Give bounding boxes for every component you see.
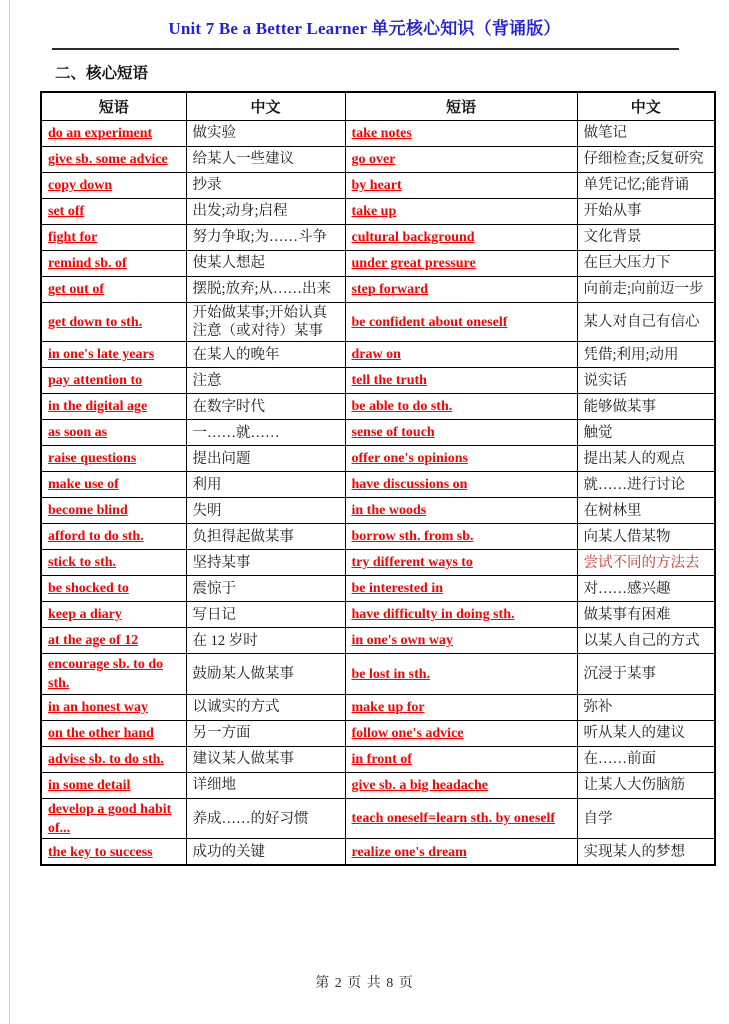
translation-text: 文化背景 — [584, 229, 642, 245]
phrase-cell: try different ways to — [345, 550, 577, 576]
phrase-text: get down to sth. — [48, 315, 142, 330]
translation-text: 摆脱;放弃;从……出来 — [193, 281, 332, 297]
translation-text: 提出问题 — [193, 451, 251, 467]
phrase-text: by heart — [352, 178, 402, 193]
translation-cell: 出发;动身;启程 — [186, 199, 345, 225]
phrase-cell: under great pressure — [345, 251, 577, 277]
phrase-text: draw on — [352, 347, 401, 362]
translation-text: 说实话 — [584, 373, 628, 389]
phrase-text: offer one's opinions — [352, 451, 468, 466]
translation-text: 注意 — [193, 373, 222, 389]
translation-cell: 详细地 — [186, 772, 345, 798]
phrase-text: have difficulty in doing sth. — [352, 607, 515, 622]
table-row: the key to success成功的关键realize one's dre… — [41, 839, 715, 866]
translation-text: 在树林里 — [584, 503, 642, 519]
phrases-table-body: do an experiment做实验take notes做笔记give sb.… — [41, 121, 715, 866]
phrase-text: pay attention to — [48, 373, 142, 388]
translation-cell: 让某人大伤脑筋 — [577, 772, 715, 798]
translation-cell: 弥补 — [577, 694, 715, 720]
translation-cell: 听从某人的建议 — [577, 720, 715, 746]
translation-cell: 提出某人的观点 — [577, 446, 715, 472]
translation-text: 做某事有困难 — [584, 607, 671, 623]
table-row: afford to do sth.负担得起做某事borrow sth. from… — [41, 524, 715, 550]
phrase-text: make up for — [352, 700, 425, 715]
phrase-cell: at the age of 12 — [41, 628, 186, 654]
table-row: fight for努力争取;为……斗争cultural background文化… — [41, 225, 715, 251]
phrase-text: at the age of 12 — [48, 633, 138, 648]
phrase-cell: encourage sb. to do sth. — [41, 654, 186, 695]
table-row: on the other hand另一方面follow one's advice… — [41, 720, 715, 746]
phrase-cell: in some detail — [41, 772, 186, 798]
phrase-cell: set off — [41, 199, 186, 225]
translation-cell: 在 12 岁时 — [186, 628, 345, 654]
translation-text: 以某人自己的方式 — [584, 633, 700, 649]
column-header: 中文 — [186, 92, 345, 121]
phrase-cell: cultural background — [345, 225, 577, 251]
phrase-cell: afford to do sth. — [41, 524, 186, 550]
phrase-cell: in the woods — [345, 498, 577, 524]
phrase-cell: in one's own way — [345, 628, 577, 654]
translation-text: 努力争取;为……斗争 — [193, 229, 328, 245]
translation-cell: 文化背景 — [577, 225, 715, 251]
phrase-text: be able to do sth. — [352, 399, 453, 414]
translation-text: 以诚实的方式 — [193, 699, 280, 715]
phrase-cell: remind sb. of — [41, 251, 186, 277]
phrase-cell: be confident about oneself — [345, 303, 577, 342]
phrase-cell: take notes — [345, 121, 577, 147]
phrase-text: in an honest way — [48, 700, 148, 715]
translation-text: 使某人想起 — [193, 255, 266, 271]
phrase-cell: offer one's opinions — [345, 446, 577, 472]
phrase-text: on the other hand — [48, 726, 154, 741]
table-row: in some detail详细地give sb. a big headache… — [41, 772, 715, 798]
translation-cell: 自学 — [577, 798, 715, 839]
translation-cell: 做笔记 — [577, 121, 715, 147]
translation-cell: 在巨大压力下 — [577, 251, 715, 277]
phrase-cell: by heart — [345, 173, 577, 199]
phrase-cell: draw on — [345, 342, 577, 368]
phrase-cell: give sb. some advice — [41, 147, 186, 173]
translation-cell: 以诚实的方式 — [186, 694, 345, 720]
translation-cell: 负担得起做某事 — [186, 524, 345, 550]
phrase-text: give sb. some advice — [48, 152, 168, 167]
translation-cell: 做某事有困难 — [577, 602, 715, 628]
translation-text: 在 12 岁时 — [193, 633, 258, 649]
phrase-text: in one's late years — [48, 347, 154, 362]
translation-text: 提出某人的观点 — [584, 451, 686, 467]
translation-text: 鼓励某人做某事 — [193, 666, 295, 682]
phrase-text: go over — [352, 152, 396, 167]
translation-text: 尝试不同的方法去 — [584, 555, 700, 571]
phrase-cell: on the other hand — [41, 720, 186, 746]
translation-text: 做笔记 — [584, 125, 628, 141]
translation-cell: 在树林里 — [577, 498, 715, 524]
table-row: at the age of 12在 12 岁时in one's own way以… — [41, 628, 715, 654]
table-row: do an experiment做实验take notes做笔记 — [41, 121, 715, 147]
table-row: pay attention to注意tell the truth说实话 — [41, 368, 715, 394]
phrase-text: tell the truth — [352, 373, 427, 388]
phrase-cell: be shocked to — [41, 576, 186, 602]
translation-cell: 摆脱;放弃;从……出来 — [186, 277, 345, 303]
translation-text: 单凭记忆;能背诵 — [584, 177, 690, 193]
translation-text: 在巨大压力下 — [584, 255, 671, 271]
phrase-cell: as soon as — [41, 420, 186, 446]
phrase-cell: have difficulty in doing sth. — [345, 602, 577, 628]
translation-cell: 给某人一些建议 — [186, 147, 345, 173]
phrase-cell: develop a good habit of... — [41, 798, 186, 839]
translation-cell: 养成……的好习惯 — [186, 798, 345, 839]
phrase-text: get out of — [48, 282, 104, 297]
phrase-text: do an experiment — [48, 126, 152, 141]
phrase-text: under great pressure — [352, 256, 476, 271]
translation-cell: 写日记 — [186, 602, 345, 628]
translation-text: 出发;动身;启程 — [193, 203, 288, 219]
table-row: stick to sth.坚持某事try different ways to尝试… — [41, 550, 715, 576]
translation-cell: 在……前面 — [577, 746, 715, 772]
translation-cell: 震惊于 — [186, 576, 345, 602]
phrase-text: become blind — [48, 503, 128, 518]
table-row: as soon as一……就……sense of touch触觉 — [41, 420, 715, 446]
translation-text: 自学 — [584, 811, 613, 827]
phrase-cell: do an experiment — [41, 121, 186, 147]
phrase-cell: give sb. a big headache — [345, 772, 577, 798]
translation-text: 建议某人做某事 — [193, 751, 295, 767]
table-row: give sb. some advice给某人一些建议go over仔细检查;反… — [41, 147, 715, 173]
phrase-text: realize one's dream — [352, 845, 467, 860]
translation-cell: 另一方面 — [186, 720, 345, 746]
phrase-text: afford to do sth. — [48, 529, 144, 544]
translation-text: 实现某人的梦想 — [584, 844, 686, 860]
phrase-cell: in one's late years — [41, 342, 186, 368]
translation-cell: 仔细检查;反复研究 — [577, 147, 715, 173]
table-row: in the digital age在数字时代be able to do sth… — [41, 394, 715, 420]
table-row: be shocked to震惊于be interested in对……感兴趣 — [41, 576, 715, 602]
translation-text: 向前走;向前迈一步 — [584, 281, 704, 297]
phrase-text: try different ways to — [352, 555, 473, 570]
translation-cell: 开始做某事;开始认真注意（或对待）某事 — [186, 303, 345, 342]
translation-text: 成功的关键 — [193, 844, 266, 860]
translation-cell: 鼓励某人做某事 — [186, 654, 345, 695]
translation-cell: 提出问题 — [186, 446, 345, 472]
phrase-text: copy down — [48, 178, 112, 193]
translation-cell: 触觉 — [577, 420, 715, 446]
table-row: get down to sth.开始做某事;开始认真注意（或对待）某事be co… — [41, 303, 715, 342]
phrase-cell: step forward — [345, 277, 577, 303]
translation-cell: 说实话 — [577, 368, 715, 394]
translation-cell: 凭借;利用;动用 — [577, 342, 715, 368]
table-row: become blind失明in the woods在树林里 — [41, 498, 715, 524]
phrase-cell: get down to sth. — [41, 303, 186, 342]
translation-text: 听从某人的建议 — [584, 725, 686, 741]
table-row: set off出发;动身;启程take up开始从事 — [41, 199, 715, 225]
phrase-cell: in the digital age — [41, 394, 186, 420]
translation-text: 坚持某事 — [193, 555, 251, 571]
column-header: 短语 — [41, 92, 186, 121]
phrase-text: cultural background — [352, 230, 475, 245]
translation-cell: 向某人借某物 — [577, 524, 715, 550]
phrase-text: be confident about oneself — [352, 315, 508, 330]
translation-cell: 能够做某事 — [577, 394, 715, 420]
translation-text: 做实验 — [193, 125, 237, 141]
translation-text: 在某人的晚年 — [193, 347, 280, 363]
translation-cell: 建议某人做某事 — [186, 746, 345, 772]
translation-cell: 一……就…… — [186, 420, 345, 446]
phrase-text: have discussions on — [352, 477, 468, 492]
title-divider — [52, 48, 679, 50]
translation-cell: 沉浸于某事 — [577, 654, 715, 695]
translation-cell: 尝试不同的方法去 — [577, 550, 715, 576]
phrase-cell: fight for — [41, 225, 186, 251]
phrase-text: sense of touch — [352, 425, 435, 440]
translation-cell: 以某人自己的方式 — [577, 628, 715, 654]
phrase-cell: stick to sth. — [41, 550, 186, 576]
translation-text: 抄录 — [193, 177, 222, 193]
phrase-cell: in front of — [345, 746, 577, 772]
translation-text: 能够做某事 — [584, 399, 657, 415]
translation-text: 凭借;利用;动用 — [584, 347, 679, 363]
translation-cell: 使某人想起 — [186, 251, 345, 277]
phrase-cell: pay attention to — [41, 368, 186, 394]
translation-text: 仔细检查;反复研究 — [584, 151, 704, 167]
phrase-text: stick to sth. — [48, 555, 116, 570]
translation-text: 就……进行讨论 — [584, 477, 686, 493]
phrase-text: borrow sth. from sb. — [352, 529, 474, 544]
phrase-cell: sense of touch — [345, 420, 577, 446]
phrase-cell: be able to do sth. — [345, 394, 577, 420]
phrase-cell: borrow sth. from sb. — [345, 524, 577, 550]
translation-text: 某人对自己有信心 — [584, 314, 700, 330]
phrase-text: in the digital age — [48, 399, 147, 414]
phrases-table: 短语中文短语中文 do an experiment做实验take notes做笔… — [40, 91, 716, 866]
table-row: keep a diary写日记have difficulty in doing … — [41, 602, 715, 628]
phrase-cell: keep a diary — [41, 602, 186, 628]
translation-cell: 成功的关键 — [186, 839, 345, 866]
translation-text: 向某人借某物 — [584, 529, 671, 545]
translation-text: 在……前面 — [584, 751, 657, 767]
phrase-cell: realize one's dream — [345, 839, 577, 866]
translation-text: 利用 — [193, 477, 222, 493]
table-row: copy down抄录by heart单凭记忆;能背诵 — [41, 173, 715, 199]
phrase-cell: become blind — [41, 498, 186, 524]
translation-text: 负担得起做某事 — [193, 529, 295, 545]
table-row: in an honest way以诚实的方式make up for弥补 — [41, 694, 715, 720]
phrase-text: advise sb. to do sth. — [48, 752, 164, 767]
phrase-text: make use of — [48, 477, 119, 492]
phrase-text: the key to success — [48, 845, 153, 860]
phrase-text: develop a good habit of... — [48, 802, 171, 836]
table-row: in one's late years在某人的晚年draw on凭借;利用;动用 — [41, 342, 715, 368]
phrase-cell: make use of — [41, 472, 186, 498]
translation-text: 让某人大伤脑筋 — [584, 777, 686, 793]
translation-text: 在数字时代 — [193, 399, 266, 415]
translation-cell: 向前走;向前迈一步 — [577, 277, 715, 303]
phrase-text: keep a diary — [48, 607, 122, 622]
translation-cell: 实现某人的梦想 — [577, 839, 715, 866]
phrase-text: in some detail — [48, 778, 130, 793]
table-row: encourage sb. to do sth.鼓励某人做某事be lost i… — [41, 654, 715, 695]
phrase-text: teach oneself=learn sth. by oneself — [352, 811, 556, 826]
translation-cell: 某人对自己有信心 — [577, 303, 715, 342]
translation-text: 开始从事 — [584, 203, 642, 219]
translation-text: 一……就…… — [193, 425, 280, 441]
translation-cell: 在某人的晚年 — [186, 342, 345, 368]
translation-cell: 失明 — [186, 498, 345, 524]
phrase-cell: get out of — [41, 277, 186, 303]
translation-text: 开始做某事;开始认真注意（或对待）某事 — [193, 305, 328, 339]
translation-text: 对……感兴趣 — [584, 581, 671, 597]
phrase-text: as soon as — [48, 425, 107, 440]
phrase-text: fight for — [48, 230, 97, 245]
phrase-text: give sb. a big headache — [352, 778, 489, 793]
table-row: advise sb. to do sth.建议某人做某事in front of在… — [41, 746, 715, 772]
translation-cell: 注意 — [186, 368, 345, 394]
phrase-cell: go over — [345, 147, 577, 173]
phrase-cell: copy down — [41, 173, 186, 199]
phrase-cell: in an honest way — [41, 694, 186, 720]
translation-text: 养成……的好习惯 — [193, 811, 309, 827]
phrase-cell: take up — [345, 199, 577, 225]
phrase-cell: advise sb. to do sth. — [41, 746, 186, 772]
phrase-cell: be interested in — [345, 576, 577, 602]
translation-cell: 利用 — [186, 472, 345, 498]
translation-cell: 在数字时代 — [186, 394, 345, 420]
phrase-cell: raise questions — [41, 446, 186, 472]
column-header: 短语 — [345, 92, 577, 121]
phrase-text: be interested in — [352, 581, 444, 596]
translation-cell: 努力争取;为……斗争 — [186, 225, 345, 251]
phrase-text: follow one's advice — [352, 726, 464, 741]
translation-text: 给某人一些建议 — [193, 151, 295, 167]
phrase-cell: be lost in sth. — [345, 654, 577, 695]
phrase-text: take up — [352, 204, 397, 219]
translation-cell: 单凭记忆;能背诵 — [577, 173, 715, 199]
page-title: Unit 7 Be a Better Learner 单元核心知识（背诵版） — [0, 14, 729, 39]
phrase-text: take notes — [352, 126, 412, 141]
table-row: remind sb. of使某人想起under great pressure在巨… — [41, 251, 715, 277]
translation-text: 写日记 — [193, 607, 237, 623]
phrase-text: be shocked to — [48, 581, 129, 596]
phrase-cell: follow one's advice — [345, 720, 577, 746]
translation-text: 弥补 — [584, 699, 613, 715]
phrase-cell: make up for — [345, 694, 577, 720]
phrase-text: step forward — [352, 282, 429, 297]
phrase-cell: tell the truth — [345, 368, 577, 394]
phrase-text: in front of — [352, 752, 412, 767]
table-header-row: 短语中文短语中文 — [41, 92, 715, 121]
phrase-text: encourage sb. to do sth. — [48, 657, 163, 691]
translation-text: 失明 — [193, 503, 222, 519]
phrase-cell: teach oneself=learn sth. by oneself — [345, 798, 577, 839]
translation-cell: 开始从事 — [577, 199, 715, 225]
page-footer: 第 2 页 共 8 页 — [0, 972, 729, 992]
phrase-text: be lost in sth. — [352, 667, 431, 682]
table-row: raise questions提出问题offer one's opinions提… — [41, 446, 715, 472]
page-edge-line — [9, 0, 10, 1024]
translation-cell: 抄录 — [186, 173, 345, 199]
phrase-cell: the key to success — [41, 839, 186, 866]
translation-text: 触觉 — [584, 425, 613, 441]
translation-cell: 坚持某事 — [186, 550, 345, 576]
phrase-cell: have discussions on — [345, 472, 577, 498]
table-row: get out of摆脱;放弃;从……出来step forward向前走;向前迈… — [41, 277, 715, 303]
section-heading: 二、核心短语 — [55, 61, 729, 83]
phrase-text: in the woods — [352, 503, 427, 518]
phrase-text: remind sb. of — [48, 256, 127, 271]
translation-cell: 就……进行讨论 — [577, 472, 715, 498]
phrase-text: set off — [48, 204, 84, 219]
table-row: make use of利用have discussions on就……进行讨论 — [41, 472, 715, 498]
translation-text: 震惊于 — [193, 581, 237, 597]
translation-text: 沉浸于某事 — [584, 666, 657, 682]
phrase-text: in one's own way — [352, 633, 454, 648]
column-header: 中文 — [577, 92, 715, 121]
translation-text: 另一方面 — [193, 725, 251, 741]
document-page: { "page": { "title": "Unit 7 Be a Better… — [0, 0, 729, 1024]
phrase-text: raise questions — [48, 451, 136, 466]
translation-text: 详细地 — [193, 777, 237, 793]
translation-cell: 对……感兴趣 — [577, 576, 715, 602]
table-row: develop a good habit of...养成……的好习惯teach … — [41, 798, 715, 839]
translation-cell: 做实验 — [186, 121, 345, 147]
